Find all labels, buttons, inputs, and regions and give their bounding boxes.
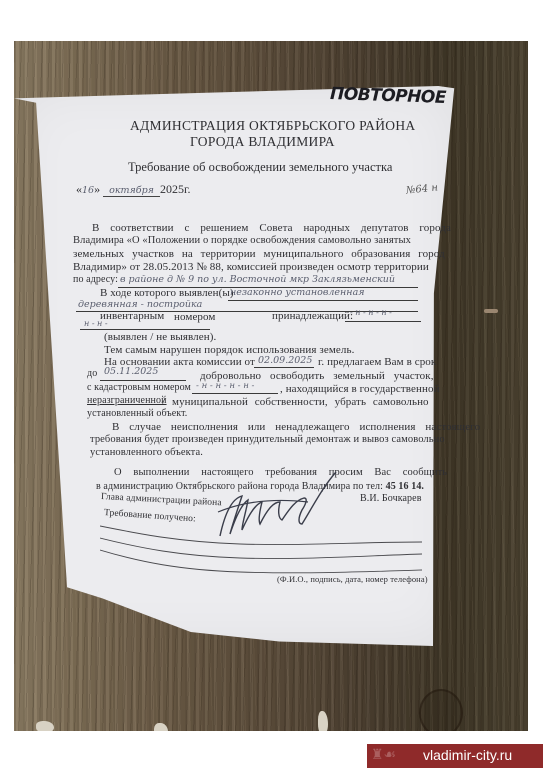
paragraph-1-line-1: В соответствии с решением Совета народны… [92, 222, 451, 234]
date-month: октября [103, 185, 160, 197]
act-date-underline [254, 367, 314, 368]
found-value: незаконно установленная [230, 287, 365, 298]
act-date: 02.09.2025 [258, 355, 312, 366]
inventory-label: инвентарным [100, 310, 164, 322]
belonging-underline-2 [80, 329, 210, 330]
paragraph-3-line-1: В случае неисполнения или ненадлежащего … [112, 421, 480, 433]
date-year: 2025г. [160, 182, 191, 196]
address-label: по адресу: [73, 274, 118, 285]
document-number: №64 н [406, 182, 439, 196]
site-watermark: ♜☙ vladimir-city.ru [367, 744, 543, 768]
organization-city: ГОРОДА ВЛАДИМИРА [190, 134, 335, 150]
belonging-label: принадлежащий: [272, 310, 353, 322]
ownership-object: установленный объект. [87, 408, 187, 419]
violation-text: Тем самым нарушен порядок использования … [104, 344, 354, 356]
belonging-value-2: н - н - [84, 319, 108, 328]
organization-name: АДМИНСТРАЦИЯ ОКТЯБРЬСКОГО РАЙОНА [130, 118, 415, 134]
date-day: 16 [82, 185, 94, 196]
basis-text-4: , находящийся в государственной [280, 383, 440, 395]
signer-name: В.И. Бочкарев [360, 493, 422, 504]
basis-text-2: г. предлагаем Вам в срок [318, 356, 436, 368]
paragraph-1-line-4: Владимир» от 28.05.2013 № 88, комиссией … [73, 261, 429, 273]
ownership-selected: неразграниченной [87, 395, 167, 406]
cadastral-underline [192, 393, 278, 394]
received-hint: (Ф.И.О., подпись, дата, номер телефона) [277, 574, 428, 584]
paragraph-3-line-3: установленного объекта. [90, 447, 203, 458]
belonging-value: - н - н - н - [350, 308, 392, 317]
repeat-stamp: ПОВТОРНОЕ [330, 84, 447, 108]
signer-title: Глава администрации района [101, 492, 222, 508]
deadline: 05.11.2025 [104, 366, 158, 377]
found-underline [228, 300, 418, 301]
ownership-text: / муниципальной собственности, убрать са… [162, 396, 429, 408]
document-title: Требование об освобождении земельного уч… [128, 160, 392, 175]
found-hint: (выявлен / не выявлен). [104, 331, 216, 343]
cadastral-value: - н - н - н - н - [196, 381, 254, 391]
deadline-underline [100, 380, 186, 381]
paragraph-1-line-3: земельных участков на территории муницип… [73, 248, 445, 260]
deadline-prefix: до [87, 368, 97, 379]
paragraph-3-line-2: требования будет произведен принудительн… [90, 434, 445, 445]
belonging-underline [345, 321, 421, 322]
lion-emblem-icon: ♜☙ [371, 746, 407, 766]
notice-document: ПОВТОРНОЕ АДМИНСТРАЦИЯ ОКТЯБРЬСКОГО РАЙО… [0, 0, 543, 768]
found-label: В ходе которого выявлен(ы) [100, 287, 234, 299]
cadastral-label: с кадастровым номером [87, 382, 191, 393]
address-value: в районе д № 9 по ул. Восточной мкр Закл… [120, 274, 395, 285]
watermark-text: vladimir-city.ru [423, 747, 512, 763]
found-value-2: деревянная - постройка [78, 299, 202, 310]
paragraph-1-line-2: Владимира «О «Положении о порядке освобо… [73, 235, 411, 246]
phone-number: 45 16 14. [386, 481, 424, 492]
document-date: «16» октября2025г. [76, 182, 191, 197]
number-label: номером [174, 311, 215, 323]
